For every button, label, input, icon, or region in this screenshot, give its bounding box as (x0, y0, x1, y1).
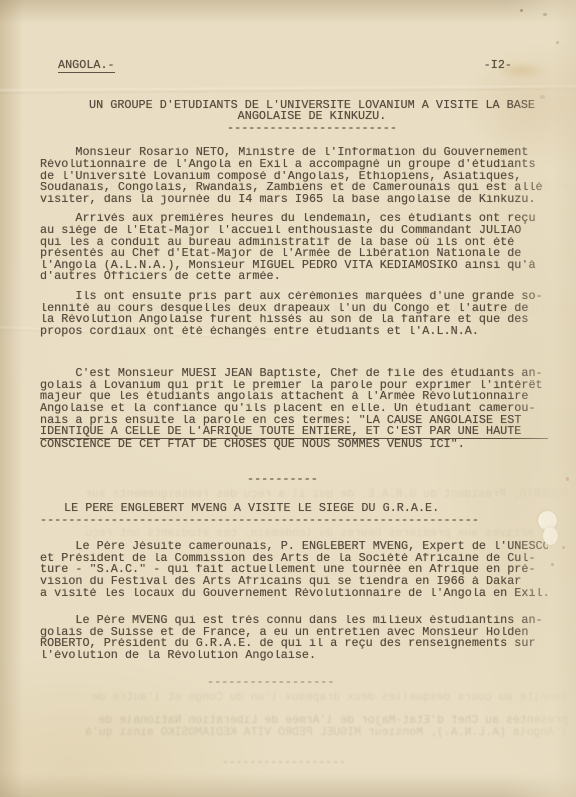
quote-lead-in: nais a pris ensuite la parole en ces ter… (40, 415, 359, 427)
text-line: golais de Suisse et de France, a eu un e… (40, 627, 548, 639)
underlined-quote-start: "LA CAUSE ANGOLAISE EST (359, 415, 522, 427)
article1-title-line1: UN GROUPE D'ETUDIANTS DE L'UNIVERSITE LO… (78, 100, 546, 112)
paragraph-5: Le Père Jésuite camerounais, P. ENGLEBER… (40, 541, 548, 599)
paragraph-4-top: C'est Monsieur MUESI JEAN Baptiste, Chef… (40, 368, 548, 414)
text-line: Monsieur Rosario NETO, Ministre de l'Inf… (40, 147, 548, 159)
text-line: Angolaise et la confiance qu'ils placent… (40, 403, 548, 415)
text-line: présentés au Chef d'Etat-Major de l'Armé… (40, 248, 548, 260)
ink-speck (540, 95, 545, 99)
text-line: l'évolution de la Révolution Angolaise. (40, 650, 548, 662)
text-line: lennité au cours desquelles deux drapeau… (40, 303, 548, 315)
ink-speck (562, 546, 565, 549)
quote-period: . (458, 439, 465, 451)
paragraph-1: Monsieur Rosario NETO, Ministre de l'Inf… (40, 147, 548, 205)
text-line: Ils ont ensuite pris part aux cérémonies… (40, 291, 548, 303)
article2-heading-block: LE PERE ENGLEBERT MVENG A VISITE LE SIEG… (40, 503, 548, 526)
text-line: ROBERTO, Président du G.R.A.E. de qui il… (40, 638, 548, 650)
article1-title-rule: ------------------------ (78, 123, 546, 135)
underlined-quote-middle: IDENTIQUE A CELLE DE L'AFRIQUE TOUTE ENT… (40, 426, 548, 439)
ink-speck (556, 41, 559, 44)
text-line: visiter, dans la journée du I4 mars I965… (40, 194, 548, 206)
text-line: qui les a conduit au bureau administrati… (40, 237, 548, 249)
article1-title: UN GROUPE D'ETUDIANTS DE L'UNIVERSITE LO… (40, 100, 546, 135)
text-line: C'est Monsieur MUESI JEAN Baptiste, Chef… (40, 368, 548, 380)
text-line: et Président de la Commission des Arts d… (40, 553, 548, 565)
text-line: ture - "S.A.C." - qui fait actuellement … (40, 564, 548, 576)
ink-speck (551, 563, 554, 566)
text-line: Soudanais, Congolais, Rwandais, Zambiens… (40, 182, 548, 194)
text-line: Le Père Jésuite camerounais, P. ENGLEBER… (40, 541, 548, 553)
article2-heading: LE PERE ENGLEBERT MVENG A VISITE LE SIEG… (40, 503, 548, 515)
underlined-quote-end: CONSCIENCE DE CET FTAT DE CHOSES QUE NOU… (40, 439, 458, 451)
text-line: propos cordiaux ont été échangés entre é… (40, 326, 548, 338)
text-line: Arrivés aux premières heures du lendemai… (40, 213, 548, 225)
text-line: de l'Université Lovanium composé d'Angol… (40, 171, 548, 183)
text-line: Le Père MVENG qui est très connu dans le… (40, 615, 548, 627)
section-separator: ---------- (247, 474, 548, 486)
text-line: d'autres Officiers de cette armée. (40, 271, 548, 283)
article2-heading-rule: ----------------------------------------… (40, 515, 548, 527)
text-line: nais a pris ensuite la parole en ces ter… (40, 415, 548, 427)
article1-title-line2: ANGOLAISE DE KINKUZU. (78, 111, 546, 123)
paragraph-2: Arrivés aux premières heures du lendemai… (40, 213, 548, 283)
paragraph-4: C'est Monsieur MUESI JEAN Baptiste, Chef… (40, 368, 548, 450)
text-line: a visité les locaux du Gouvernement Révo… (40, 588, 548, 600)
text-column: Monsieur Rosario NETO, Ministre de l'Inf… (40, 147, 548, 688)
faded-stamp (498, 62, 548, 79)
ink-speck (520, 9, 523, 12)
text-line: golais à Lovanium qui prit le premier la… (40, 380, 548, 392)
header-topic-label: ANGOLA.- (58, 60, 115, 73)
text-line: CONSCIENCE DE CET FTAT DE CHOSES QUE NOU… (40, 439, 548, 451)
paper-damage-spot (543, 527, 558, 545)
text-line: la Révolution Angolaise furent hissés au… (40, 314, 548, 326)
paragraph-3: Ils ont ensuite pris part aux cérémonies… (40, 291, 548, 337)
paragraph-6: Le Père MVENG qui est très connu dans le… (40, 615, 548, 661)
ink-speck (566, 477, 569, 481)
text-line: au siège de l'Etat-Major l'accueil entho… (40, 225, 548, 237)
text-line: l'Angola (A.L.N.A.), Monsieur MIGUEL PED… (40, 260, 548, 272)
ink-speck (543, 13, 547, 16)
document-content: ANGOLA.- -I2- UN GROUPE D'ETUDIANTS DE L… (0, 0, 576, 797)
scanned-document-page: et Président de la Commission des Arts d… (0, 0, 576, 797)
end-separator: ------------------ (207, 677, 548, 689)
page-header: ANGOLA.- -I2- (58, 60, 512, 73)
text-line: Révolutionnaire de l'Angola en Exil a ac… (40, 159, 548, 171)
text-line: majeur que les étudiants angolais attach… (40, 391, 548, 403)
text-line: vision du Festival des Arts Africains qu… (40, 576, 548, 588)
